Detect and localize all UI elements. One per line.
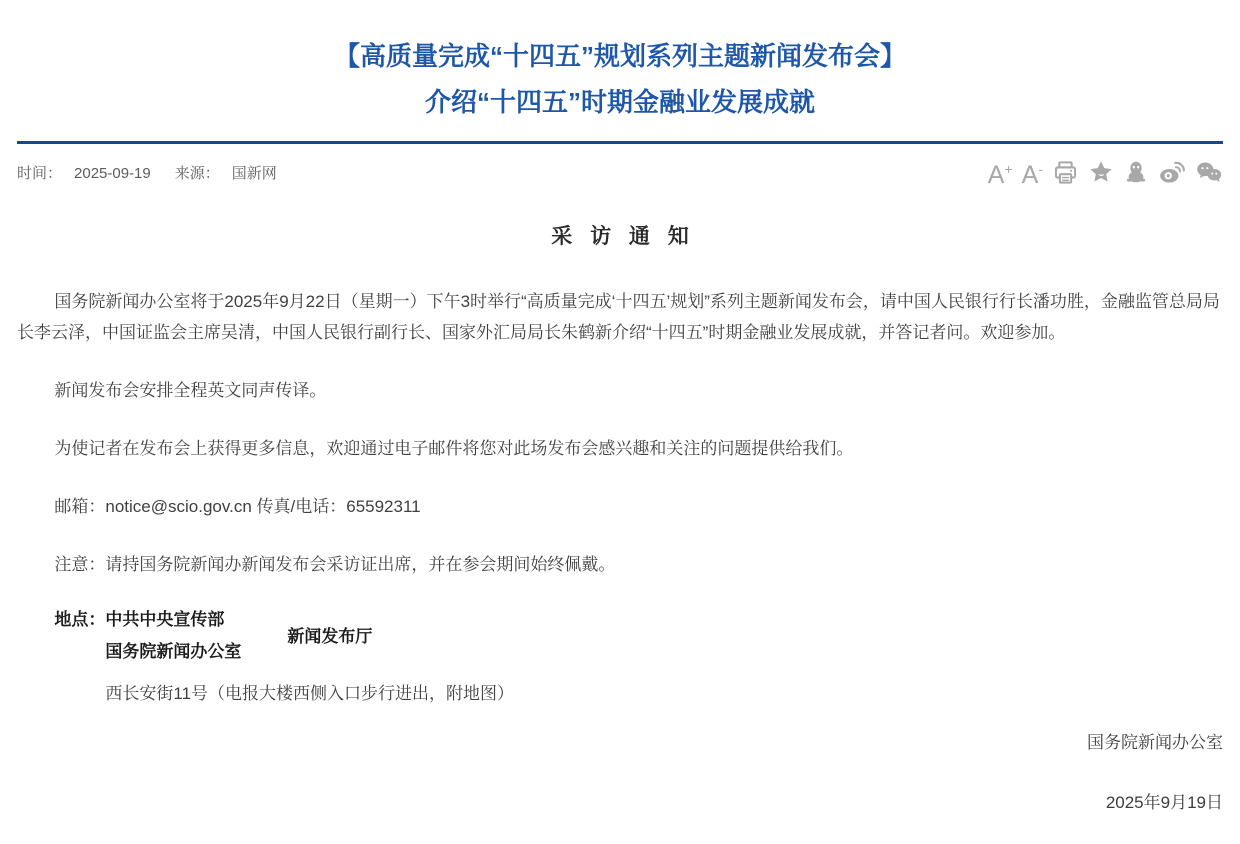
article-heading: 采 访 通 知 xyxy=(17,221,1223,252)
article-toolbar: A+ A- xyxy=(988,157,1223,188)
location-label: 地点： xyxy=(54,610,105,629)
location-address: 西长安街11号（电报大楼西侧入口步行进出，附地图） xyxy=(105,678,1223,709)
article-paragraph-notice: 注意：请持国务院新闻办新闻发布会采访证出席，并在参会期间始终佩戴。 xyxy=(17,549,1223,580)
qq-penguin-icon[interactable] xyxy=(1123,159,1149,185)
location-orgs: 地点：中共中央宣传部 国务院新闻办公室 新闻发布厅 xyxy=(54,604,1223,668)
time-value: 2025-09-19 xyxy=(74,165,151,182)
page-title: 【高质量完成“十四五”规划系列主题新闻发布会】 介绍“十四五”时期金融业发展成就 xyxy=(17,0,1223,125)
title-divider xyxy=(17,141,1223,144)
signature-block: 国务院新闻办公室 2025年9月19日 xyxy=(17,727,1223,818)
source-label: 来源： xyxy=(175,165,220,182)
article-paragraph-announcement: 国务院新闻办公室将于2025年9月22日（星期一）下午3时举行“高质量完成‘十四… xyxy=(17,286,1223,348)
article-meta: 时间：2025-09-19来源：国新网 xyxy=(17,162,301,183)
qzone-star-icon[interactable] xyxy=(1088,159,1114,185)
weibo-icon[interactable] xyxy=(1158,159,1186,185)
font-decrease-button[interactable]: A- xyxy=(1022,157,1043,188)
location-org-1: 中共中央宣传部 xyxy=(105,610,224,629)
article-body: 采 访 通 知 国务院新闻办公室将于2025年9月22日（星期一）下午3时举行“… xyxy=(17,221,1223,818)
time-label: 时间： xyxy=(17,165,62,182)
article-paragraph-questions: 为使记者在发布会上获得更多信息，欢迎通过电子邮件将您对此场发布会感兴趣和关注的问… xyxy=(17,433,1223,464)
wechat-icon[interactable] xyxy=(1195,159,1223,185)
print-icon[interactable] xyxy=(1052,159,1079,186)
article-paragraph-contact: 邮箱：notice@scio.gov.cn 传真/电话：65592311 xyxy=(17,491,1223,522)
news-release-page: 【高质量完成“十四五”规划系列主题新闻发布会】 介绍“十四五”时期金融业发展成就… xyxy=(0,0,1240,844)
location-block: 地点：中共中央宣传部 国务院新闻办公室 新闻发布厅 西长安街11号（电报大楼西侧… xyxy=(54,604,1223,709)
location-hall: 新闻发布厅 xyxy=(287,621,372,652)
font-increase-button[interactable]: A+ xyxy=(988,157,1013,188)
location-org-2: 国务院新闻办公室 xyxy=(105,636,241,668)
location-line-1: 地点：中共中央宣传部 xyxy=(54,604,241,636)
article-paragraph-interpretation: 新闻发布会安排全程英文同声传译。 xyxy=(17,375,1223,406)
meta-row: 时间：2025-09-19来源：国新网 A+ A- xyxy=(17,155,1223,189)
page-title-line-1: 【高质量完成“十四五”规划系列主题新闻发布会】 xyxy=(17,33,1223,79)
signature-org: 国务院新闻办公室 xyxy=(17,727,1223,758)
signature-date: 2025年9月19日 xyxy=(17,787,1223,818)
page-title-line-2: 介绍“十四五”时期金融业发展成就 xyxy=(17,79,1223,125)
source-value: 国新网 xyxy=(232,165,277,182)
